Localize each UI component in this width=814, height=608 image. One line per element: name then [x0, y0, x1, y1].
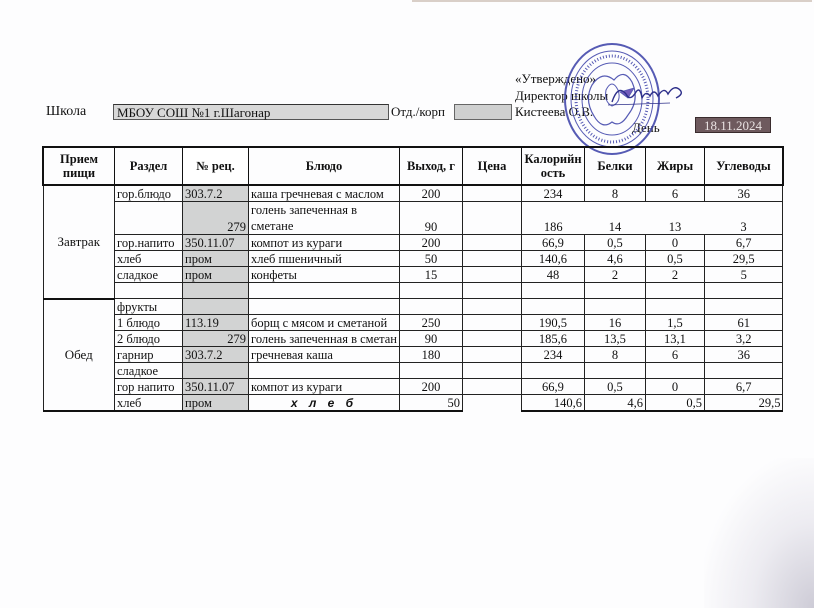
table-row: сладкое пром конфеты 15 48 2 2 5 [43, 267, 783, 283]
cell-section [115, 202, 183, 235]
cell-protein [584, 283, 645, 299]
cell-dish: х л е б [249, 395, 400, 412]
cell-recipe: пром [183, 267, 249, 283]
approval-title: «Утверждено» [515, 71, 596, 87]
cell-kcal [521, 363, 584, 379]
cell-price [462, 363, 521, 379]
cell-output: 200 [399, 379, 462, 395]
cell-dish: компот из кураги [249, 379, 400, 395]
scan-shadow [704, 458, 814, 608]
cell-fat [645, 283, 704, 299]
cell-section [115, 283, 183, 299]
cell-recipe: пром [183, 251, 249, 267]
meal-breakfast: Завтрак [43, 185, 115, 299]
table-row: 2 блюдо 279 голень запеченная в сметан 9… [43, 331, 783, 347]
cell-fat: 0 [645, 379, 704, 395]
cell-dish: каша гречневая с маслом [249, 185, 400, 202]
header-meal: Прием пищи [43, 147, 115, 185]
cell-kcal: 140,6 [521, 395, 584, 412]
cell-fat: 0,5 [645, 251, 704, 267]
cell-section: сладкое [115, 363, 183, 379]
cell-dish: борщ с мясом и сметаной [249, 315, 400, 331]
dept-label: Отд./корп [391, 104, 445, 120]
table-header-row: Прием пищи Раздел № рец. Блюдо Выход, г … [43, 147, 783, 185]
table-row: Обед фрукты [43, 299, 783, 315]
cell-output [399, 363, 462, 379]
cell-carbs: 36 [704, 347, 783, 363]
cell-recipe [183, 283, 249, 299]
cell-carbs [704, 363, 783, 379]
cell-section: сладкое [115, 267, 183, 283]
table-row: гарнир 303.7.2 гречневая каша 180 234 8 … [43, 347, 783, 363]
cell-section: гор напито [115, 379, 183, 395]
cell-section: 1 блюдо [115, 315, 183, 331]
header-output: Выход, г [399, 147, 462, 185]
cell-protein: 0,5 [584, 235, 645, 251]
cell-dish: конфеты [249, 267, 400, 283]
cell-kcal: 234 [521, 185, 584, 202]
table-row: сладкое [43, 363, 783, 379]
cell-output: 250 [399, 315, 462, 331]
cell-section: фрукты [115, 299, 183, 315]
cell-carbs [704, 299, 783, 315]
meal-lunch: Обед [43, 299, 115, 412]
header-protein: Белки [584, 147, 645, 185]
menu-table: Прием пищи Раздел № рец. Блюдо Выход, г … [42, 146, 784, 412]
cell-price [462, 235, 521, 251]
cell-protein: 13,5 [584, 331, 645, 347]
approval-position: Директор школы [515, 88, 608, 104]
cell-fat: 6 [645, 347, 704, 363]
cell-protein: 8 [584, 347, 645, 363]
date-field: 18.11.2024 [695, 117, 771, 133]
cell-kcal: 190,5 [521, 315, 584, 331]
header-section: Раздел [115, 147, 183, 185]
cell-carbs: 29,5 [704, 251, 783, 267]
cell-fat: 13,1 [645, 331, 704, 347]
cell-fat: 2 [645, 267, 704, 283]
signature-icon [608, 80, 688, 110]
cell-carbs: 3,2 [704, 331, 783, 347]
table-row: 1 блюдо 113.19 борщ с мясом и сметаной 2… [43, 315, 783, 331]
table-row: хлеб пром хлеб пшеничный 50 140,6 4,6 0,… [43, 251, 783, 267]
cell-recipe [183, 363, 249, 379]
cell-output [399, 299, 462, 315]
header-recipe: № рец. [183, 147, 249, 185]
cell-section: хлеб [115, 251, 183, 267]
table-row [43, 283, 783, 299]
cell-dish [249, 363, 400, 379]
cell-protein: 4,6 [584, 395, 645, 412]
cell-carbs: 61 [704, 315, 783, 331]
cell-carbs: 6,7 [704, 235, 783, 251]
dept-field [454, 104, 512, 120]
cell-fat: 0 [645, 235, 704, 251]
cell-price [462, 315, 521, 331]
cell-recipe: 303.7.2 [183, 347, 249, 363]
school-field: МБОУ СОШ №1 г.Шагонар [113, 104, 389, 120]
cell-recipe: 279 [183, 202, 249, 235]
cell-price [462, 331, 521, 347]
cell-fat: 13 [645, 202, 704, 235]
cell-section: 2 блюдо [115, 331, 183, 347]
header-fat: Жиры [645, 147, 704, 185]
cell-output: 200 [399, 185, 462, 202]
cell-section: гор.напито [115, 235, 183, 251]
cell-output: 15 [399, 267, 462, 283]
cell-output: 200 [399, 235, 462, 251]
table-row: 279 голень запеченная в сметане 90 186 1… [43, 202, 783, 235]
cell-recipe [183, 299, 249, 315]
cell-carbs: 29,5 [704, 395, 783, 412]
cell-carbs: 5 [704, 267, 783, 283]
cell-protein: 4,6 [584, 251, 645, 267]
header-dish: Блюдо [249, 147, 400, 185]
header-kcal: Калорийность [521, 147, 584, 185]
cell-recipe: 350.11.07 [183, 379, 249, 395]
cell-dish: голень запеченная в сметан [249, 331, 400, 347]
cell-carbs: 3 [704, 202, 783, 235]
cell-kcal [521, 299, 584, 315]
cell-recipe: 113.19 [183, 315, 249, 331]
cell-price [462, 379, 521, 395]
cell-fat [645, 299, 704, 315]
table-row: хлеб пром х л е б 50 140,6 4,6 0,5 29,5 [43, 395, 783, 412]
cell-kcal: 185,6 [521, 331, 584, 347]
cell-protein: 8 [584, 185, 645, 202]
cell-output: 50 [399, 251, 462, 267]
cell-output: 50 [399, 395, 462, 412]
cell-fat: 0,5 [645, 395, 704, 412]
cell-dish: компот из кураги [249, 235, 400, 251]
cell-recipe: пром [183, 395, 249, 412]
cell-carbs: 36 [704, 185, 783, 202]
table-row: гор.напито 350.11.07 компот из кураги 20… [43, 235, 783, 251]
cell-protein: 16 [584, 315, 645, 331]
cell-kcal: 48 [521, 267, 584, 283]
cell-price [462, 202, 521, 235]
cell-price [462, 395, 521, 412]
cell-fat: 6 [645, 185, 704, 202]
cell-price [462, 185, 521, 202]
cell-protein: 14 [584, 202, 645, 235]
cell-price [462, 299, 521, 315]
table-row: гор напито 350.11.07 компот из кураги 20… [43, 379, 783, 395]
cell-kcal: 66,9 [521, 379, 584, 395]
cell-kcal: 186 [521, 202, 584, 235]
cell-recipe: 303.7.2 [183, 185, 249, 202]
scan-edge-strip [412, 0, 812, 2]
cell-dish: хлеб пшеничный [249, 251, 400, 267]
cell-section: гор.блюдо [115, 185, 183, 202]
cell-price [462, 267, 521, 283]
cell-dish: голень запеченная в сметане [249, 202, 400, 235]
cell-kcal: 234 [521, 347, 584, 363]
cell-recipe: 279 [183, 331, 249, 347]
cell-kcal: 140,6 [521, 251, 584, 267]
cell-carbs: 6,7 [704, 379, 783, 395]
cell-protein: 0,5 [584, 379, 645, 395]
cell-fat [645, 363, 704, 379]
cell-price [462, 251, 521, 267]
approval-name: Кистеева О.В. [515, 104, 593, 120]
cell-dish [249, 283, 400, 299]
cell-carbs [704, 283, 783, 299]
school-label: Школа [46, 104, 86, 120]
cell-output: 90 [399, 202, 462, 235]
cell-fat: 1,5 [645, 315, 704, 331]
cell-price [462, 347, 521, 363]
cell-recipe: 350.11.07 [183, 235, 249, 251]
cell-protein [584, 363, 645, 379]
cell-dish [249, 299, 400, 315]
cell-section: хлеб [115, 395, 183, 412]
cell-section: гарнир [115, 347, 183, 363]
cell-protein: 2 [584, 267, 645, 283]
cell-kcal: 66,9 [521, 235, 584, 251]
cell-output [399, 283, 462, 299]
cell-dish: гречневая каша [249, 347, 400, 363]
day-label: День [632, 120, 660, 136]
cell-kcal [521, 283, 584, 299]
cell-protein [584, 299, 645, 315]
table-row: Завтрак гор.блюдо 303.7.2 каша гречневая… [43, 185, 783, 202]
cell-output: 90 [399, 331, 462, 347]
cell-output: 180 [399, 347, 462, 363]
cell-price [462, 283, 521, 299]
header-carbs: Углеводы [704, 147, 783, 185]
header-price: Цена [462, 147, 521, 185]
